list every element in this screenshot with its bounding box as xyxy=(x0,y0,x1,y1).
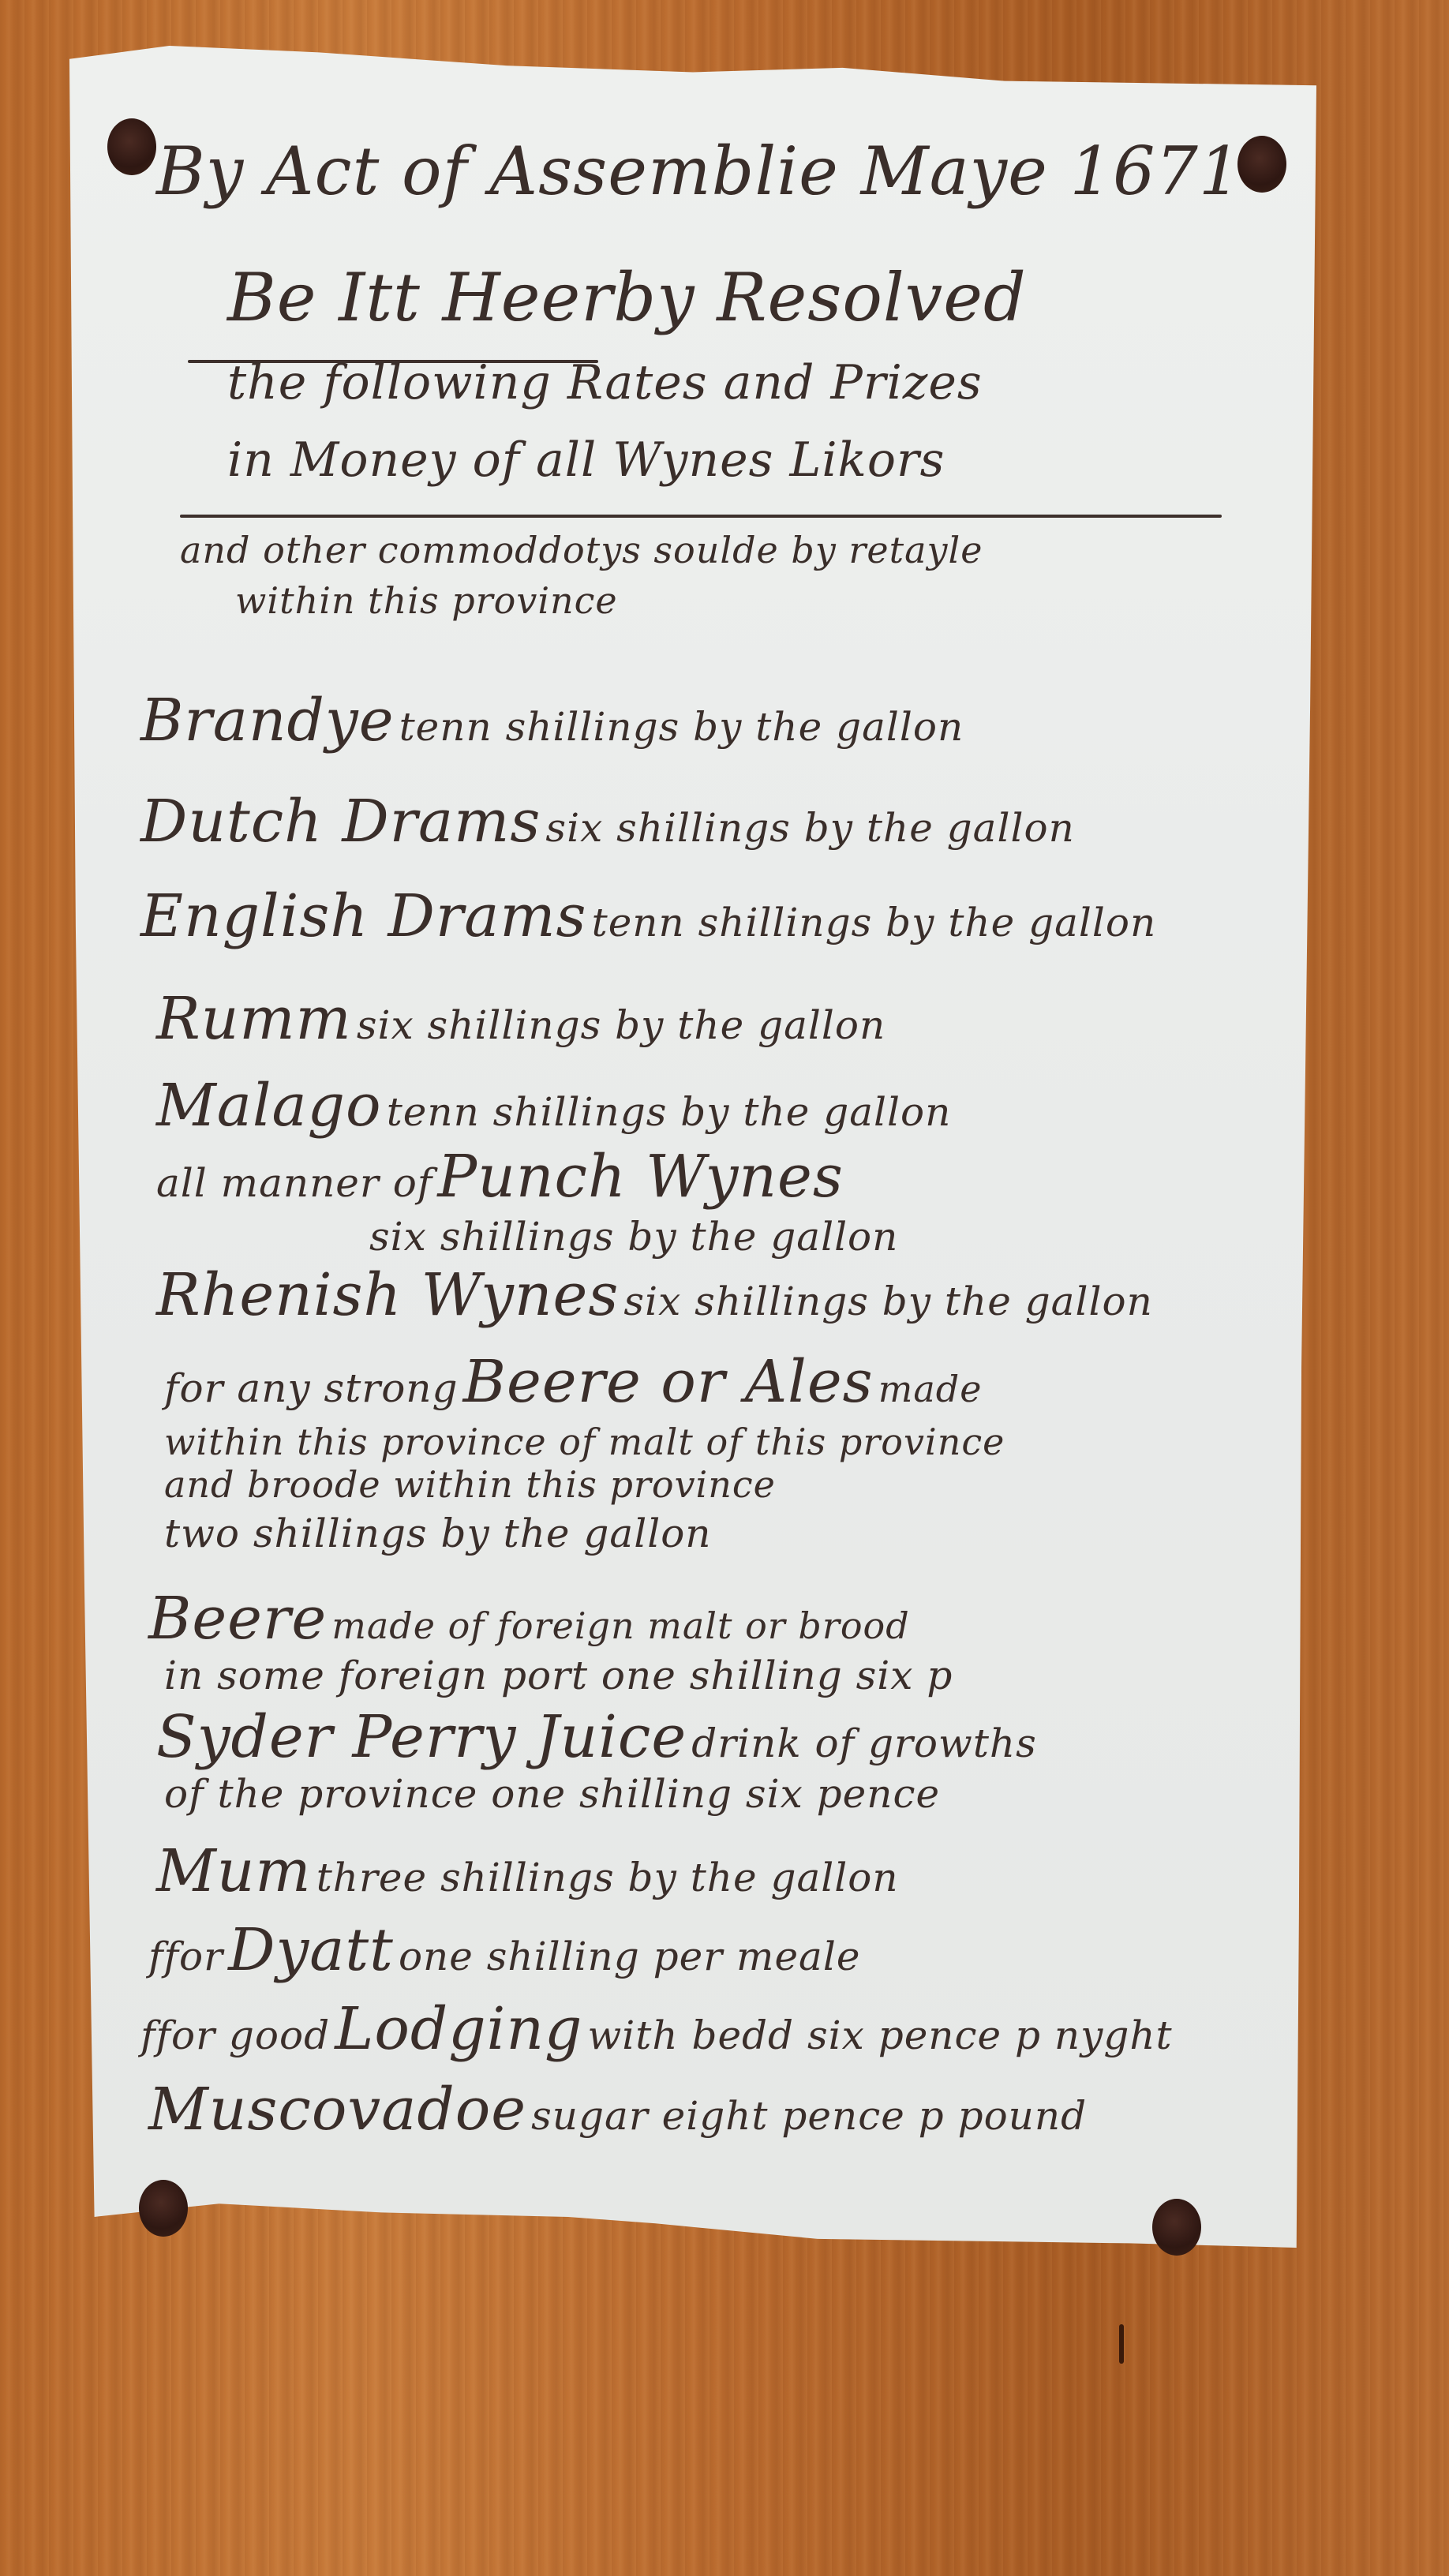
entry-foreign-beere-rate: in some foreign port one shilling six p xyxy=(164,1653,953,1698)
entry-punch-wynes-rate: six shillings by the gallon xyxy=(369,1214,898,1260)
header-line-1: By Act of Assemblie Maye 1671 xyxy=(156,133,1241,210)
entry-malago: Malago tenn shillings by the gallon xyxy=(156,1072,951,1140)
header-line-4: in Money of all Wynes Likors xyxy=(227,432,945,488)
wood-crack xyxy=(1119,2324,1124,2364)
pin-top-right-icon xyxy=(1237,136,1286,193)
entry-foreign-beere: Beere made of foreign malt or brood xyxy=(148,1585,910,1653)
entry-brandye: Brandye tenn shillings by the gallon xyxy=(140,687,964,754)
entry-beere-or-ales-detail-2: and broode within this province xyxy=(164,1463,776,1506)
entry-syder-perry-juice-rate: of the province one shilling six pence xyxy=(164,1771,940,1817)
entry-beere-or-ales-rate: two shillings by the gallon xyxy=(164,1511,712,1556)
entry-syder-perry-juice: Syder Perry Juice drink of growths xyxy=(156,1703,1037,1771)
entry-muscovadoe: Muscovadoe sugar eight pence p pound xyxy=(148,2076,1087,2144)
entry-rumm: Rumm six shillings by the gallon xyxy=(156,985,885,1053)
header-underline xyxy=(180,515,1222,518)
entry-english-drams: English Drams tenn shillings by the gall… xyxy=(140,882,1156,950)
header-line-5: and other commoddotys soulde by retayle xyxy=(180,529,983,571)
header-line-3: the following Rates and Prizes xyxy=(227,355,983,410)
entry-mum: Mum three shillings by the gallon xyxy=(156,1837,899,1905)
entry-dyatt: ffor Dyatt one shilling per meale xyxy=(148,1916,860,1984)
entry-rhenish-wynes: Rhenish Wynes six shillings by the gallo… xyxy=(156,1261,1153,1329)
entry-beere-or-ales-detail-1: within this province of malt of this pro… xyxy=(164,1421,1005,1463)
entry-punch-wynes: all manner of Punch Wynes xyxy=(156,1143,844,1211)
pin-bottom-left-icon xyxy=(139,2180,188,2237)
header-line-6: within this province xyxy=(235,579,618,622)
header-line-2: Be Itt Heerby Resolved xyxy=(227,259,1027,336)
entry-beere-or-ales: for any strong Beere or Ales made xyxy=(164,1348,982,1416)
entry-dutch-drams: Dutch Drams six shillings by the gallon xyxy=(140,788,1075,856)
pin-bottom-right-icon xyxy=(1152,2199,1201,2256)
pin-top-left-icon xyxy=(107,118,156,175)
entry-lodging: ffor good Lodging with bedd six pence p … xyxy=(140,1995,1173,2063)
